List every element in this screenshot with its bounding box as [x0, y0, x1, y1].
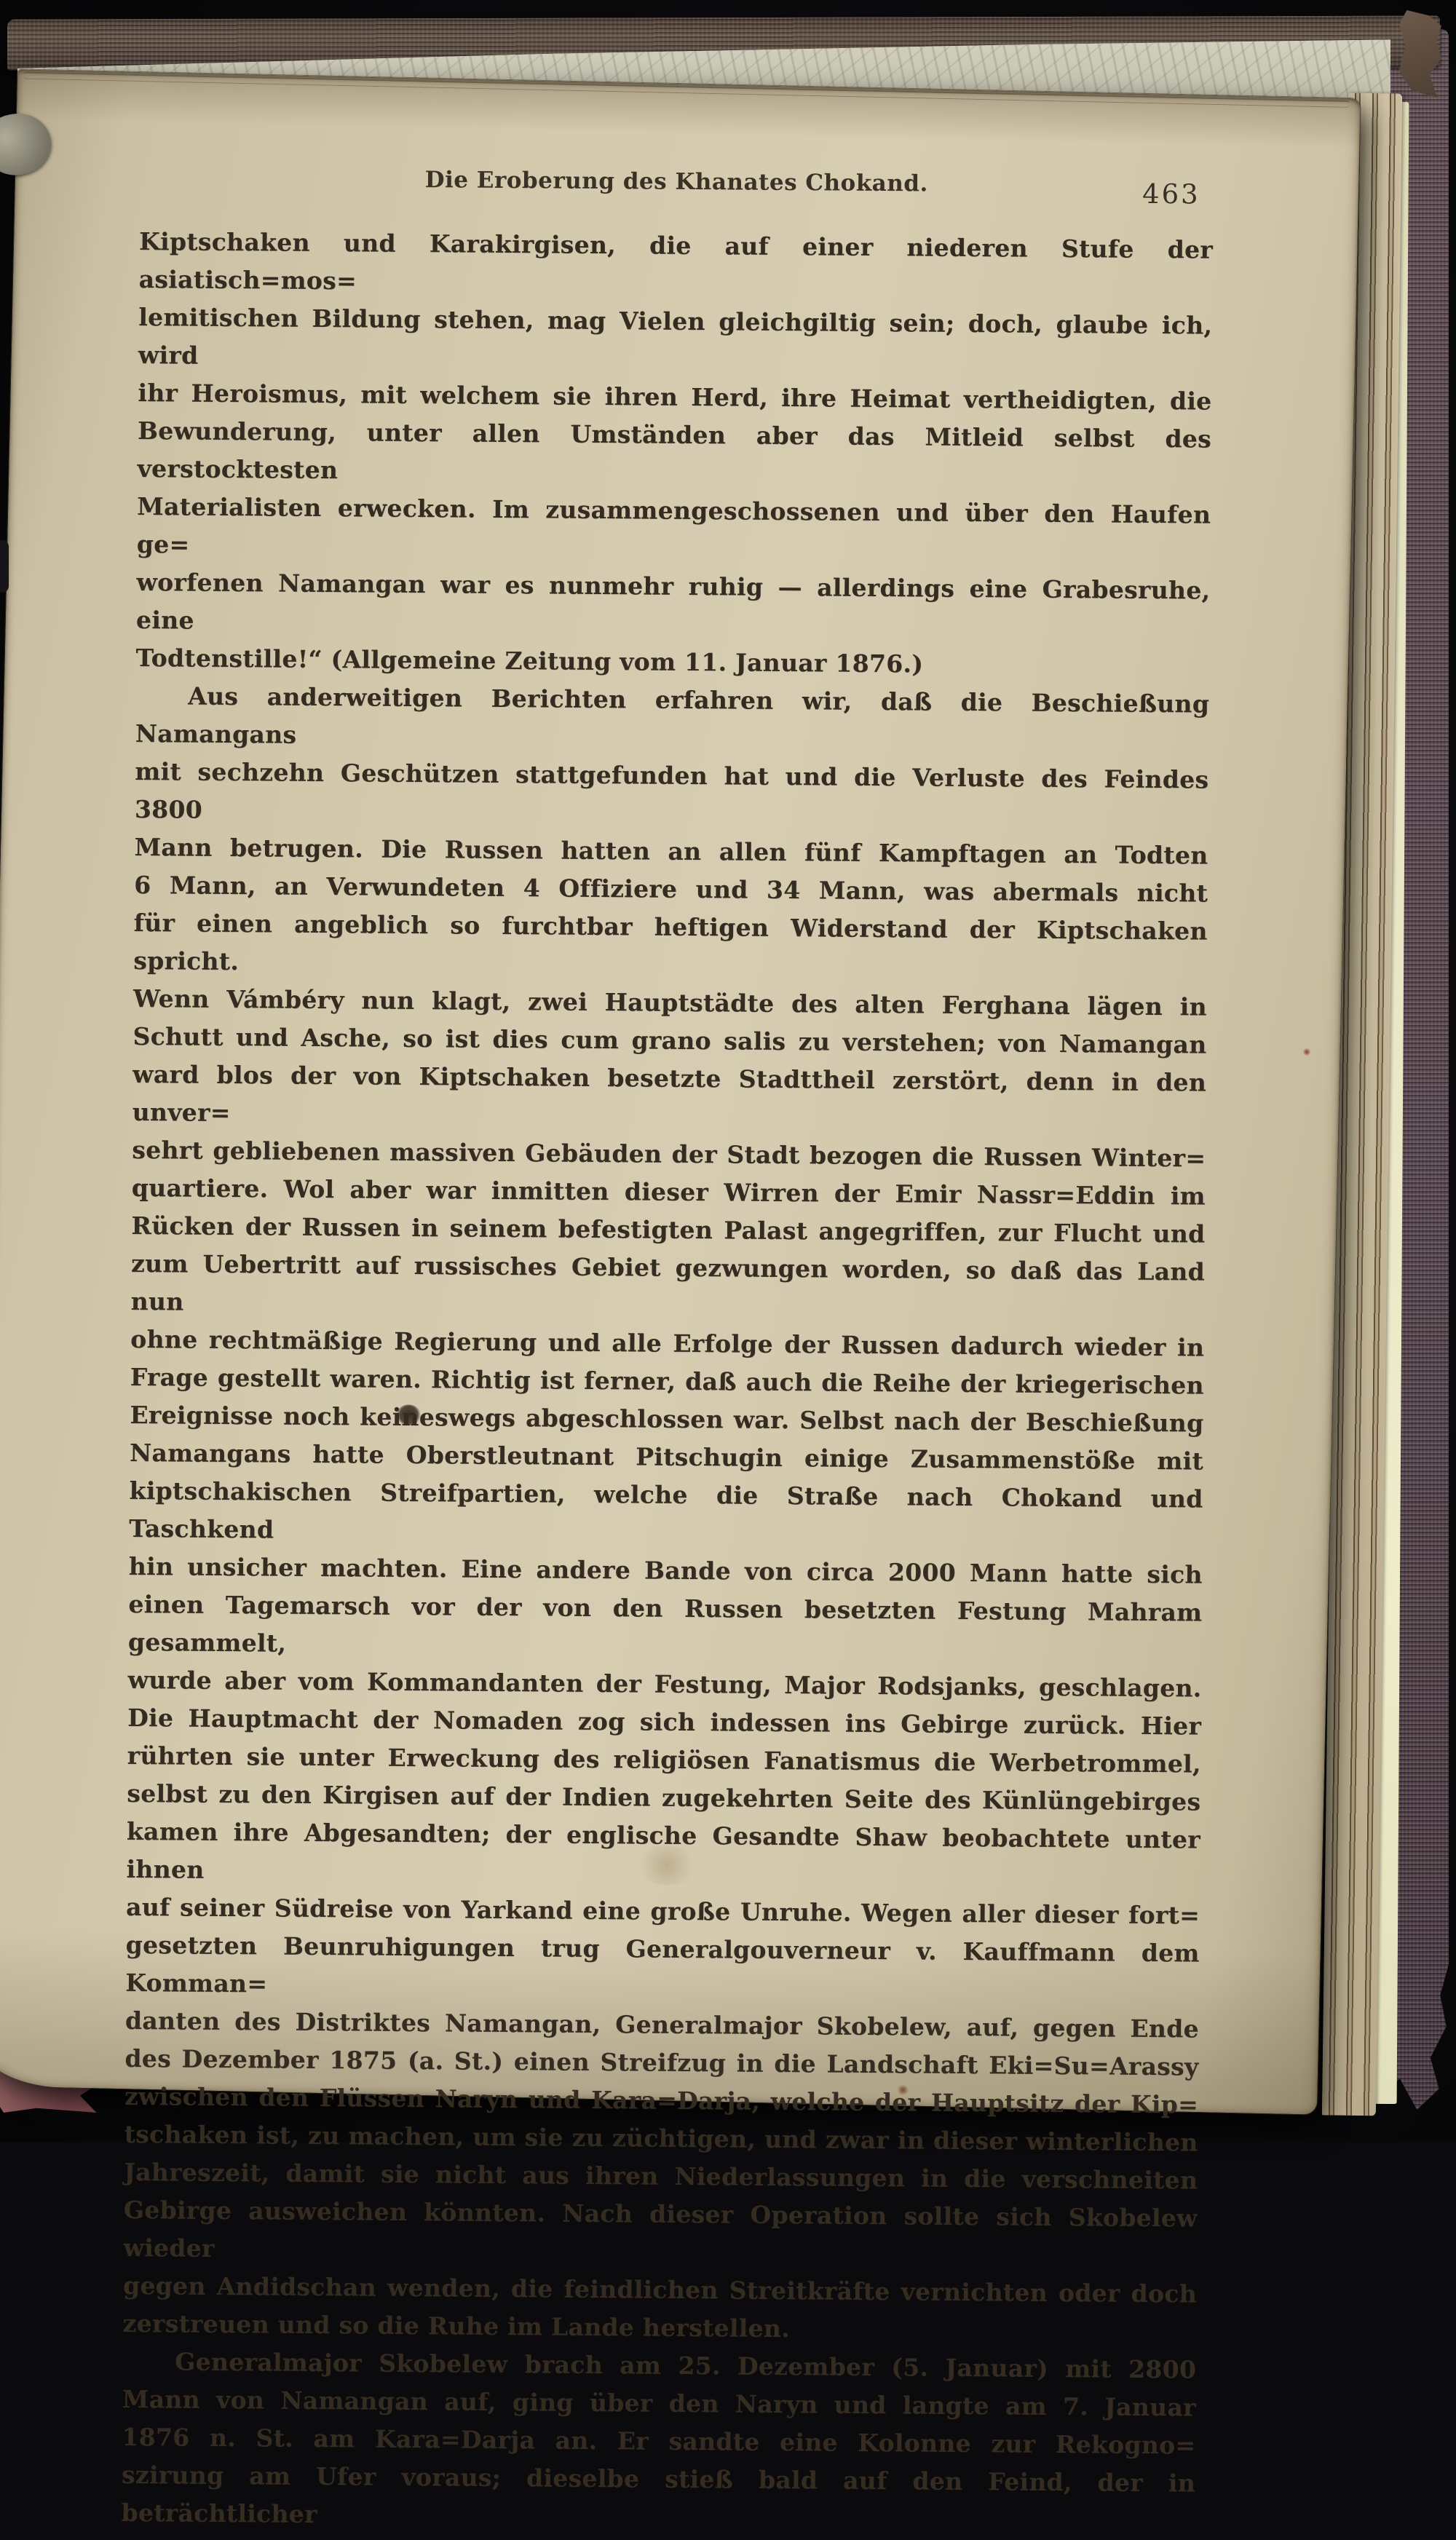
- text-line: kamen ihre Abgesandten; der englische Ge…: [126, 1813, 1200, 1897]
- text-line: einen Tagemarsch vor der von den Russen …: [128, 1586, 1203, 1670]
- text-line: Kiptschaken und Karakirgisen, die auf ei…: [138, 223, 1213, 307]
- text-line: mit sechzehn Geschützen stattgefunden ha…: [135, 753, 1209, 837]
- text-line: für einen angeblich so furchtbar heftige…: [133, 904, 1208, 989]
- page-text: Die Eroberung des Khanates Chokand. 463 …: [121, 159, 1214, 2143]
- text-line: lemitischen Bildung stehen, mag Vielen g…: [138, 298, 1213, 383]
- left-edge-nick: [0, 540, 9, 593]
- page-header: Die Eroberung des Khanates Chokand. 463: [140, 159, 1214, 210]
- text-line: Bewunderung, unter allen Umständen aber …: [137, 412, 1211, 496]
- margin-speck: [1303, 1048, 1310, 1056]
- text-line: gesetzten Beunruhigungen trug Generalgou…: [125, 1926, 1200, 2011]
- text-body: Kiptschaken und Karakirgisen, die auf ei…: [121, 223, 1213, 2143]
- text-line: zum Uebertritt auf russisches Gebiet gez…: [130, 1245, 1205, 1329]
- running-title: Die Eroberung des Khanates Chokand.: [140, 165, 1214, 199]
- text-line: Aus anderweitigen Berichten erfahren wir…: [135, 677, 1210, 761]
- scanned-book-photo: Die Eroberung des Khanates Chokand. 463 …: [0, 0, 1456, 2143]
- text-line: kiptschakischen Streifpartien, welche di…: [129, 1472, 1203, 1556]
- text-line: worfenen Namangan war es nunmehr ruhig —…: [136, 563, 1211, 648]
- text-line: Materialisten erwecken. Im zusammengesch…: [137, 488, 1211, 572]
- text-line: ward blos der von Kiptschaken besetzte S…: [132, 1056, 1207, 1140]
- page-number: 463: [1142, 178, 1200, 210]
